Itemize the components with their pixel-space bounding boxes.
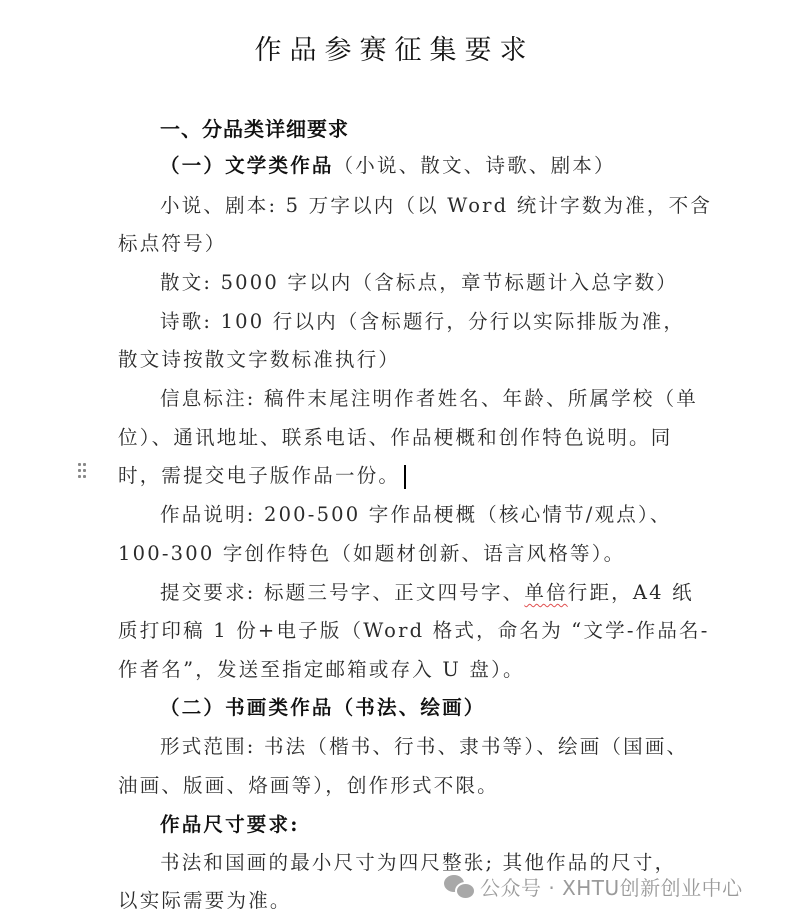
spellcheck-flag[interactable]: 单倍: [524, 581, 567, 604]
document-title: 作品参赛征集要求: [0, 28, 789, 67]
paragraph-poem[interactable]: 诗歌: 100 行以内（含标题行，分行以实际排版为准，: [160, 309, 685, 335]
paragraph-scope[interactable]: 形式范围: 书法（楷书、行书、隶书等）、绘画（国画、: [160, 734, 688, 760]
paragraph-prose[interactable]: 散文: 5000 字以内（含标点，章节标题计入总字数）: [160, 270, 678, 296]
paragraph-description[interactable]: 作品说明: 200-500 字作品梗概（核心情节/观点）、: [160, 502, 672, 528]
paragraph-submission-cont2[interactable]: 作者名”，发送至指定邮箱或存入 U 盘）。: [118, 657, 525, 683]
paragraph-info[interactable]: 信息标注: 稿件末尾注明作者姓名、年龄、所属学校（单: [160, 386, 698, 412]
paragraph-text: 提交要求: 标题三号字、正文四号字、: [160, 581, 524, 604]
paragraph-novel[interactable]: 小说、剧本: 5 万字以内（以 Word 统计字数为准，不含: [160, 193, 712, 219]
paragraph-scope-cont[interactable]: 油画、版画、烙画等），创作形式不限。: [118, 773, 499, 799]
text-cursor: [404, 465, 406, 489]
paragraph-novel-cont[interactable]: 标点符号）: [118, 231, 227, 257]
section-heading: 一、分品类详细要求: [160, 116, 349, 142]
size-requirements-heading: 作品尺寸要求:: [160, 812, 300, 838]
subsection-subtitle: （小说、散文、诗歌、剧本）: [334, 154, 616, 177]
drag-handle-icon[interactable]: [78, 463, 88, 479]
wechat-icon: [444, 875, 474, 899]
watermark: 公众号 · XHTU创新创业中心: [444, 872, 743, 901]
subsection-heading-art: （二）书画类作品（书法、绘画）: [160, 695, 486, 721]
paragraph-submission-cont[interactable]: 质打印稿 1 份+电子版（Word 格式，命名为 “文学-作品名-: [118, 618, 710, 644]
paragraph-description-cont[interactable]: 100-300 字创作特色（如题材创新、语言风格等）。: [118, 541, 625, 567]
paragraph-text: 行距，A4 纸: [568, 581, 694, 604]
paragraph-info-cont[interactable]: 位）、通讯地址、联系电话、作品梗概和创作特色说明。同: [118, 425, 672, 451]
paragraph-poem-cont[interactable]: 散文诗按散文字数标准执行）: [118, 347, 400, 373]
paragraph-submission[interactable]: 提交要求: 标题三号字、正文四号字、单倍行距，A4 纸: [160, 580, 694, 606]
subsection-title: （一）文学类作品: [160, 154, 334, 177]
paragraph-size-cont[interactable]: 以实际需要为准。: [118, 888, 292, 914]
paragraph-text: 时，需提交电子版作品一份。: [118, 464, 400, 487]
paragraph-info-cont2[interactable]: 时，需提交电子版作品一份。: [118, 463, 406, 489]
subsection-heading-literature: （一）文学类作品（小说、散文、诗歌、剧本）: [160, 153, 616, 179]
watermark-text: 公众号 · XHTU创新创业中心: [480, 872, 743, 901]
